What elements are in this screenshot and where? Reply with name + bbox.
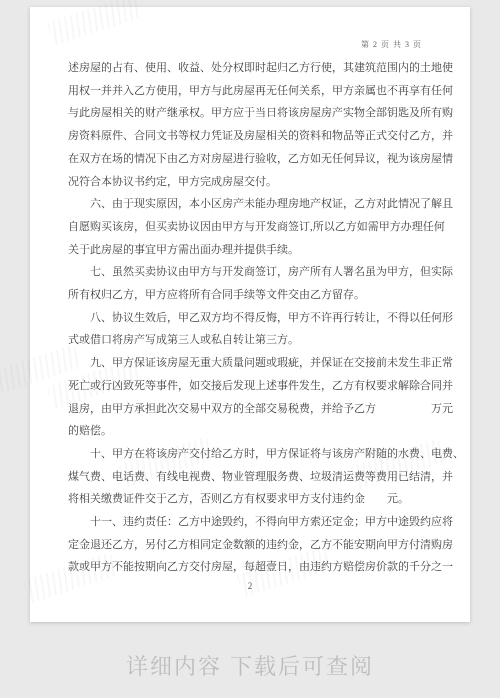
- document-line: 用权一并并入乙方使用，甲方与此房屋再无任何关系，甲方亲属也不再享有任何: [68, 80, 452, 103]
- document-line: 七、虽然买卖协议由甲方与开发商签订，房产所有人署名虽为甲方，但实际: [68, 261, 452, 284]
- document-line: 九、甲方保证该房屋无重大质量问题或瑕疵，并保证在交接前未发生非正常: [68, 352, 452, 375]
- document-line: 关于此房屋的事宜甲方需出面办理并提供手续。: [68, 239, 452, 262]
- document-line: 十、甲方在将该房产交付给乙方时，甲方保证将与该房产附随的水费、电费、: [68, 443, 452, 466]
- document-line: 在双方在场的情况下由乙方对房屋进行验收，乙方如无任何异议，视为该房屋情: [68, 148, 452, 171]
- download-notice: 详细内容 下载后可查阅: [0, 650, 500, 681]
- document-line: 式或借口将房产写成第三人或私自转让第三方。: [68, 329, 452, 352]
- document-line: 与此房屋相关的财产继承权。甲方应于当日将该房屋房产实物全部钥匙及所有购: [68, 102, 452, 125]
- document-preview-screen: { "header": { "page_info": "第 2 页 共 3 页"…: [0, 0, 500, 698]
- document-line: 六、由于现实原因，本小区房产未能办理房地产权证，乙方对此情况了解且: [68, 193, 452, 216]
- page-number: 2: [30, 579, 470, 593]
- document-line: 况符合本协议书约定，甲方完成房屋交付。: [68, 171, 452, 194]
- document-line: 退房，由甲方承担此次交易中双方的全部交易税费，并给予乙方 万元: [68, 398, 452, 421]
- document-line: 房资料原件、合同文书等权力凭证及房屋相关的资料和物品等正式交付乙方，并: [68, 125, 452, 148]
- document-page: 第 2 页 共 3 页 述房屋的占有、使用、收益、处分权即时起归乙方行使，其建筑…: [30, 7, 470, 622]
- document-line: 死亡或行凶致死等事件，如交接后发现上述事件发生，乙方有权要求解除合同并: [68, 375, 452, 398]
- document-body: 述房屋的占有、使用、收益、处分权即时起归乙方行使，其建筑范围内的土地使用权一并并…: [68, 57, 452, 579]
- document-line: 的赔偿。: [68, 420, 452, 443]
- document-line: 定金退还乙方，另付乙方相同定金数额的违约金，乙方不能安期向甲方付清购房: [68, 534, 452, 557]
- document-line: 十一、违约责任：乙方中途毁约，不得向甲方索还定金；甲方中途毁约应将: [68, 511, 452, 534]
- document-line: 煤气费、电话费、有线电视费、物业管理服务费、垃圾清运费等费用已结清，并: [68, 466, 452, 489]
- document-line: 述房屋的占有、使用、收益、处分权即时起归乙方行使，其建筑范围内的土地使: [68, 57, 452, 80]
- document-line: 八、协议生效后，甲乙双方均不得反悔，甲方不许再行转让，不得以任何形: [68, 307, 452, 330]
- document-line: 自愿购买该房，但买卖协议因由甲方与开发商签订,所以乙方如需甲方办理任何: [68, 216, 452, 239]
- document-line: 所有权归乙方，甲方应将所有合同手续等文件交由乙方留存。: [68, 284, 452, 307]
- page-header-info: 第 2 页 共 3 页: [30, 39, 422, 50]
- document-line: 款或甲方不能按期向乙方交付房屋，每超壹日，由违约方赔偿房价款的千分之一: [68, 556, 452, 579]
- document-line: 将相关缴费证件交于乙方，否则乙方有权要求甲方支付违约金 元。: [68, 488, 452, 511]
